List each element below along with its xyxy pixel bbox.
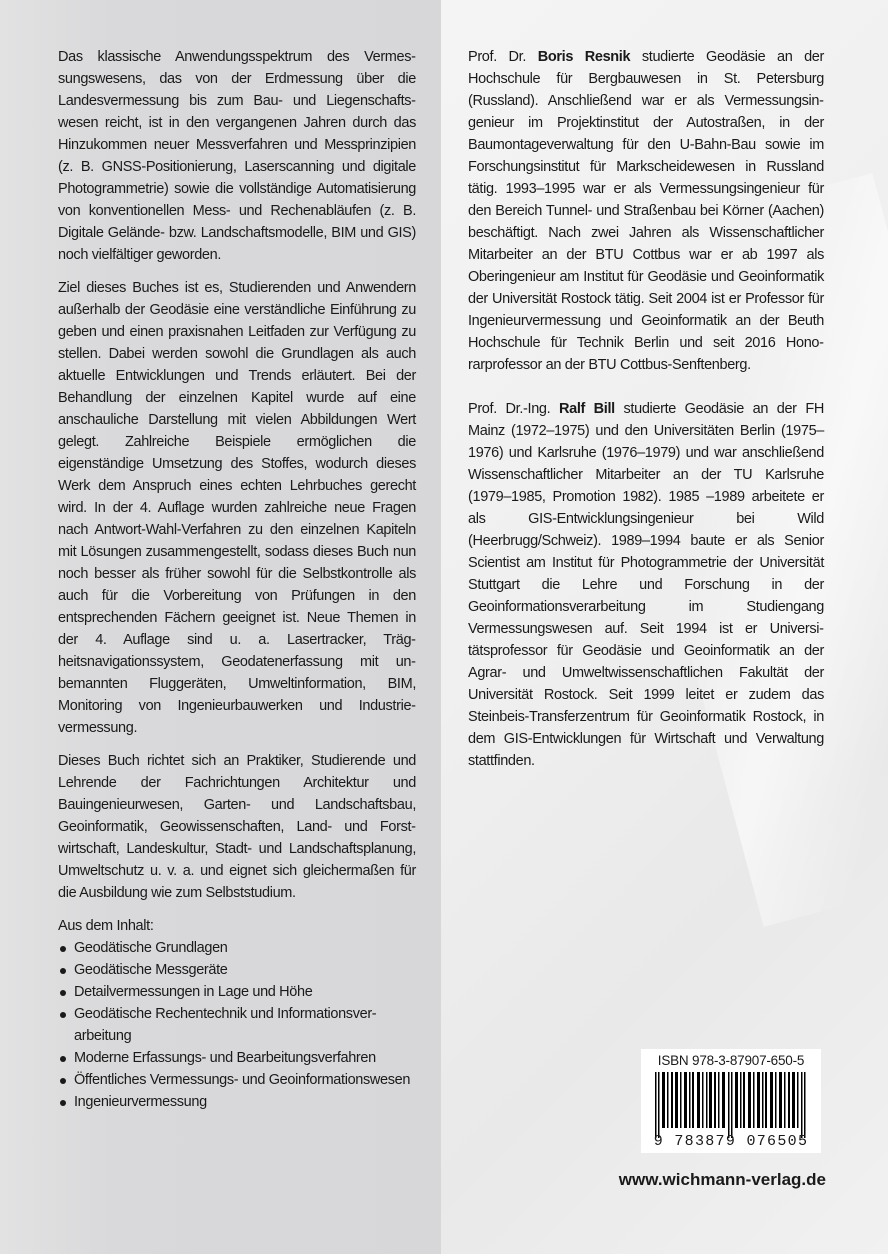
description-paragraph-2: Ziel dieses Buches ist es, Studierenden …	[58, 277, 416, 739]
contents-heading: Aus dem Inhalt:	[58, 915, 416, 937]
author-bio-text: studierte Geodäsie an der FH Mainz (1972…	[468, 401, 824, 769]
contents-item: Geodätische Rechentechnik und Informatio…	[58, 1003, 416, 1047]
publisher-website[interactable]: www.wichmann-verlag.de	[596, 1170, 826, 1190]
description-paragraph-1: Das klassische Anwendungsspektrum des Ve…	[58, 46, 416, 266]
isbn-barcode-digits: 9 783879 076505	[641, 1134, 821, 1150]
isbn-label: ISBN 978-3-87907-650-5	[647, 1053, 815, 1069]
author-name: Ralf Bill	[559, 401, 615, 417]
isbn-barcode-box: ISBN 978-3-87907-650-5 9 783879 076505	[641, 1049, 821, 1153]
contents-item: Moderne Erfassungs- und Bearbeitungsverf…	[58, 1047, 416, 1069]
author-title: Prof. Dr.	[468, 49, 526, 65]
description-paragraph-3: Dieses Buch richtet sich an Praktiker, S…	[58, 750, 416, 904]
author-bio-bill: Prof. Dr.-Ing. Ralf Bill studierte Geodä…	[468, 398, 824, 772]
author-bio-resnik: Prof. Dr. Boris Resnik studierte Geodäsi…	[468, 46, 824, 376]
author-title: Prof. Dr.-Ing.	[468, 401, 550, 417]
contents-item: Geodätische Grundlagen	[58, 937, 416, 959]
book-description: Das klassische Anwendungsspektrum des Ve…	[58, 46, 416, 1113]
author-bios: Prof. Dr. Boris Resnik studierte Geodäsi…	[468, 46, 824, 794]
contents-item: Geodätische Messgeräte	[58, 959, 416, 981]
author-bio-text: studierte Geodäsie an der Hochschule für…	[468, 49, 824, 373]
contents-item: Detailvermessungen in Lage und Höhe	[58, 981, 416, 1003]
contents-item: Ingenieurvermessung	[58, 1091, 416, 1113]
barcode-icon	[651, 1072, 811, 1138]
contents-list: Geodätische Grundlagen Geodätische Messg…	[58, 937, 416, 1113]
author-name: Boris Resnik	[538, 49, 630, 65]
contents-item: Öffentliches Vermessungs- und Geoinforma…	[58, 1069, 416, 1091]
